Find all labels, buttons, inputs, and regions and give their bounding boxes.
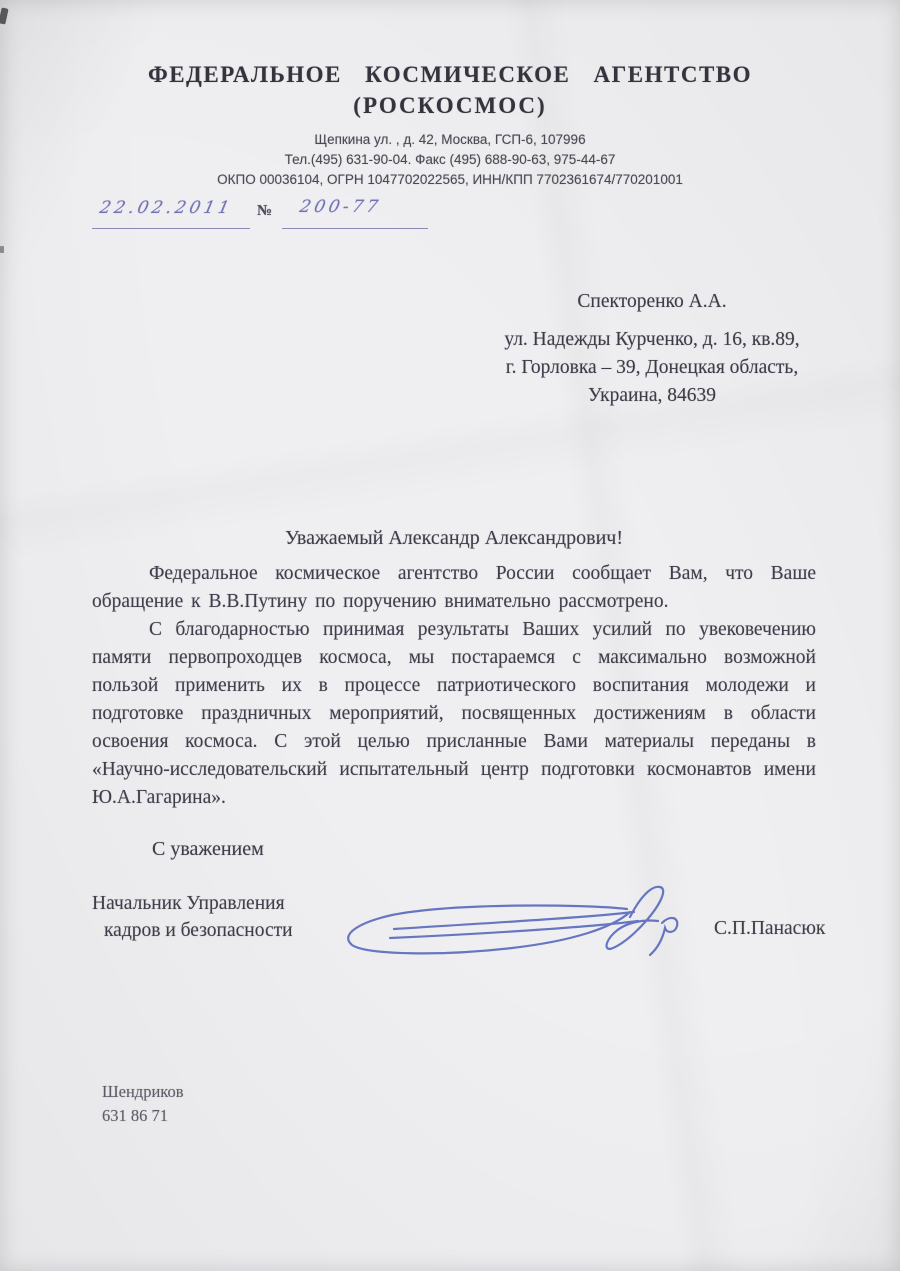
signature-ink-icon (332, 876, 682, 972)
letterhead-contacts: Щепкина ул. , д. 42, Москва, ГСП-6, 1079… (0, 130, 900, 189)
recipient-block: Спекторенко А.А. ул. Надежды Курченко, д… (430, 288, 874, 410)
handwritten-date: 22.02.2011 (98, 198, 235, 218)
signer-title-line: кадров и безопасности (92, 917, 293, 944)
recipient-address-line: ул. Надежды Курченко, д. 16, кв.89, (430, 326, 874, 354)
number-underline (282, 228, 428, 229)
letterhead: ФЕДЕРАЛЬНОЕ КОСМИЧЕСКОЕ АГЕНТСТВО (РОСКО… (0, 60, 900, 189)
numero-sign: № (257, 203, 272, 220)
scan-edge-speck (0, 246, 4, 253)
body-paragraph-2: С благодарностью принимая результаты Ваш… (92, 616, 816, 812)
scanned-letter-page: ФЕДЕРАЛЬНОЕ КОСМИЧЕСКОЕ АГЕНТСТВО (РОСКО… (0, 0, 900, 1271)
body-paragraph-1: Федеральное космическое агентство России… (92, 560, 816, 616)
letterhead-registration: ОКПО 00036104, ОГРН 1047702022565, ИНН/К… (0, 170, 900, 189)
handwritten-outgoing-number: 200-77 (298, 197, 383, 217)
recipient-name: Спекторенко А.А. (430, 288, 874, 316)
signer-title: Начальник Управления кадров и безопаснос… (92, 890, 293, 944)
agency-title-abbrev: (РОСКОСМОС) (0, 91, 900, 121)
valediction: С уважением (152, 838, 264, 861)
handwritten-signature (332, 876, 682, 972)
recipient-address-line: г. Горловка – 39, Донецкая область, (430, 354, 874, 382)
executor-phone: 631 86 71 (102, 1104, 184, 1128)
signer-title-line: Начальник Управления (92, 890, 293, 917)
date-underline (92, 228, 250, 229)
signer-name: С.П.Панасюк (714, 918, 825, 940)
scan-edge-mark (0, 7, 9, 24)
letterhead-phone: Тел.(495) 631-90-04. Факс (495) 688-90-6… (0, 150, 900, 169)
letter-body: Федеральное космическое агентство России… (92, 560, 816, 812)
salutation: Уважаемый Александр Александрович! (92, 527, 816, 550)
recipient-address-line: Украина, 84639 (430, 382, 874, 410)
letterhead-address: Щепкина ул. , д. 42, Москва, ГСП-6, 1079… (0, 130, 900, 149)
executor-block: Шендриков 631 86 71 (102, 1080, 184, 1128)
executor-name: Шендриков (102, 1080, 184, 1104)
agency-title: ФЕДЕРАЛЬНОЕ КОСМИЧЕСКОЕ АГЕНТСТВО (0, 60, 900, 90)
